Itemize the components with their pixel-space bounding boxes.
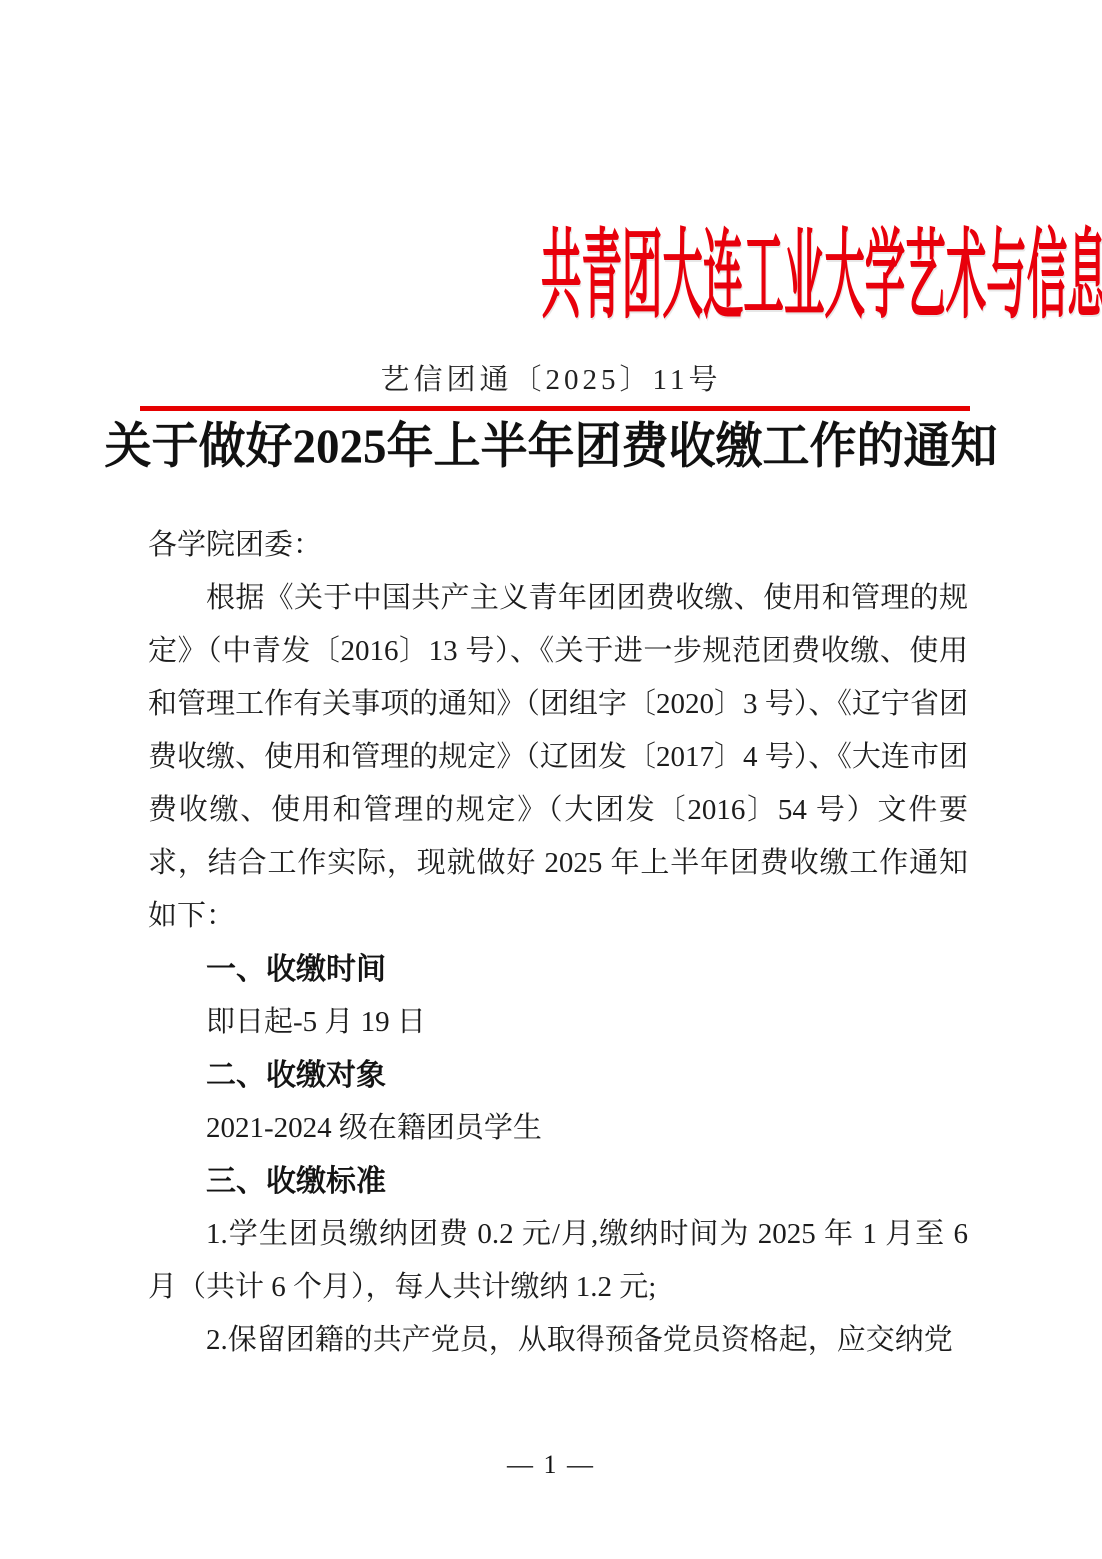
section-collection-standard-item-1: 1.学生团员缴纳团费 0.2 元/月,缴纳时间为 2025 年 1 月至 6 月… [148,1208,968,1314]
organization-title: 共青团大连工业大学艺术与信息工程学院委员会 [541,221,1102,331]
intro-paragraph: 根据《关于中国共产主义青年团团费收缴、使用和管理的规定》（中青发〔2016〕13… [148,572,968,943]
page-number: — 1 — [0,1450,1102,1480]
section-heading-collection-time: 一、收缴时间 [148,943,968,996]
document-page: 共青团大连工业大学艺术与信息工程学院委员会 艺信团通〔2025〕11号 关于做好… [0,0,1102,1559]
document-number: 艺信团通〔2025〕11号 [0,362,1102,398]
red-masthead: 共青团大连工业大学艺术与信息工程学院委员会 [0,0,1102,328]
section-heading-collection-standard: 三、收缴标准 [148,1155,968,1208]
salutation-line: 各学院团委： [148,519,968,572]
document-body: 各学院团委： 根据《关于中国共产主义青年团团费收缴、使用和管理的规定》（中青发〔… [148,519,968,1367]
section-heading-collection-target: 二、收缴对象 [148,1049,968,1102]
section-collection-standard-item-2: 2.保留团籍的共产党员，从取得预备党员资格起，应交纳党 [148,1314,968,1367]
section-collection-target-text: 2021-2024 级在籍团员学生 [148,1102,968,1155]
section-collection-time-text: 即日起-5 月 19 日 [148,996,968,1049]
red-divider-rule [140,406,970,411]
document-title: 关于做好2025年上半年团费收缴工作的通知 [0,419,1102,475]
